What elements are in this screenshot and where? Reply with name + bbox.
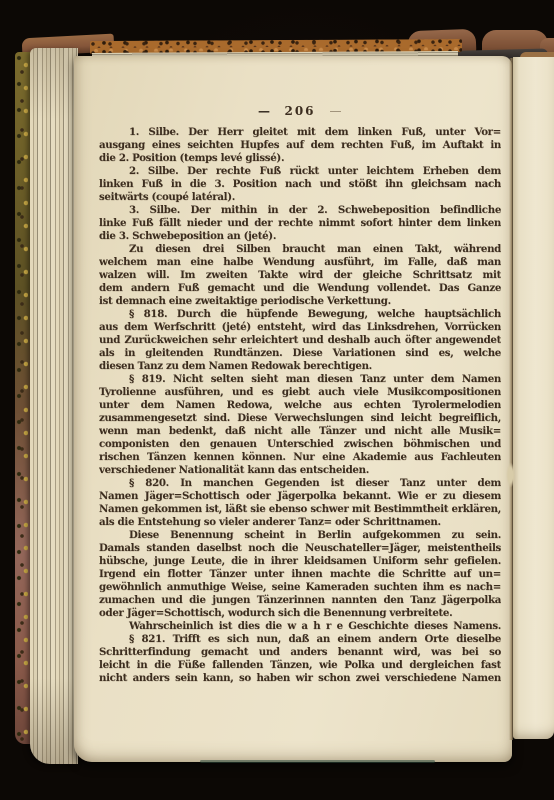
text-line: die 3. Schwebeposition an (jeté). [99, 230, 501, 243]
text-line: dem andern Fuß gemacht und die Wendung v… [99, 282, 501, 295]
text-line: Wahrscheinlich ist dies die w a h r e Ge… [99, 620, 501, 633]
text-line: walzen will. Im zweiten Takte wird der g… [99, 269, 501, 282]
text-line: Namen gekommen ist, läßt sie ebenso schw… [99, 503, 501, 516]
text-line: die 2. Position (temps levé glissé). [99, 152, 501, 165]
text-line: linken Fuß in die 3. Position nach und s… [99, 178, 501, 191]
text-line: § 821. Trifft es sich nun, daß an einem … [99, 633, 501, 646]
text-line: gewöhnlich anmuthige Weise, seine Kamera… [99, 581, 501, 594]
text-line: Diese Benennung scheint in Berlin aufgek… [99, 529, 501, 542]
text-line: ist demnach eine zweitaktige periodische… [99, 295, 501, 308]
page-number: 206 [284, 104, 315, 118]
text-line: 2. Silbe. Der rechte Fuß rückt unter lei… [99, 165, 501, 178]
text-line: als die Entstehung so vieler anderer Tan… [99, 516, 501, 529]
text-line: 3. Silbe. Der mithin in der 2. Schwebepo… [99, 204, 501, 217]
page-stack-edges [30, 48, 78, 764]
text-line: Damals standen daselbst noch die Neuscha… [99, 542, 501, 555]
header-left-dash: — [258, 104, 271, 118]
text-line: zusammengesetzt sind. Diese Verwechslung… [99, 412, 501, 425]
photo-background: { "scene": { "background_color": "#0c080… [0, 0, 554, 800]
text-line: rischen Tänzen kennen können. Nur eine A… [99, 451, 501, 464]
text-line: § 818. Durch die hüpfende Bewegung, welc… [99, 308, 501, 321]
text-line: nicht anders sein kann, so haben wir sch… [99, 672, 501, 685]
page-text: 1. Silbe. Der Herr gleitet mit dem linke… [99, 126, 501, 685]
text-line: welchem man eine halbe Wendung ausführt,… [99, 256, 501, 269]
text-line: § 820. In manchen Gegenden ist dieser Ta… [99, 477, 501, 490]
text-line: Zu diesen drei Silben braucht man einen … [99, 243, 501, 256]
text-line: seitwärts (coupé latéral). [99, 191, 501, 204]
text-line: componisten den genauen Unterschied zwis… [99, 438, 501, 451]
text-line: als in gleitenden Rundtänzen. Diese Vari… [99, 347, 501, 360]
book-page: —206— 1. Silbe. Der Herr gleitet mit dem… [74, 56, 512, 762]
text-line: diesen Tanz zu dem Namen Redowak berecht… [99, 360, 501, 373]
text-line: zumachen und die jungen Tänzerinnen nann… [99, 594, 501, 607]
page-header: —206— [99, 104, 501, 119]
text-line: ausgang eines seichten Hupfes auf dem re… [99, 139, 501, 152]
text-line: oder Jäger=Schottisch, wodurch sich die … [99, 607, 501, 620]
text-line: Irgend ein flotter Tänzer unter ihnen ma… [99, 568, 501, 581]
text-line: wenn man bedenkt, daß nicht alle Tänzer … [99, 425, 501, 438]
text-line: Namen Jäger=Schottisch oder Jägerpolka b… [99, 490, 501, 503]
facing-page-edge [513, 57, 554, 739]
text-line: hübsche, junge Leute, die in ihrer kleid… [99, 555, 501, 568]
page-fold-notch [506, 462, 515, 488]
text-line: Schritterfindung gemacht und anders bena… [99, 646, 501, 659]
text-line: Tyrolienne ausführen, und es giebt auch … [99, 386, 501, 399]
text-line: aus dem Werfschritt (jeté) entsteht, wir… [99, 321, 501, 334]
text-line: 1. Silbe. Der Herr gleitet mit dem linke… [99, 126, 501, 139]
text-line: linke Fuß fällt nieder und der rechte ni… [99, 217, 501, 230]
text-line: unter dem Namen Redowa, welche aus echte… [99, 399, 501, 412]
text-line: verschiedener Nationalität kann das ents… [99, 464, 501, 477]
header-right-dash: — [330, 104, 343, 118]
text-line: leicht in die Füße fallenden Tänzen, wie… [99, 659, 501, 672]
text-line: und Zurückweichen sehr erleichtert und d… [99, 334, 501, 347]
cover-cloth-line [200, 760, 435, 763]
text-line: § 819. Nicht selten sieht man diesen Tan… [99, 373, 501, 386]
